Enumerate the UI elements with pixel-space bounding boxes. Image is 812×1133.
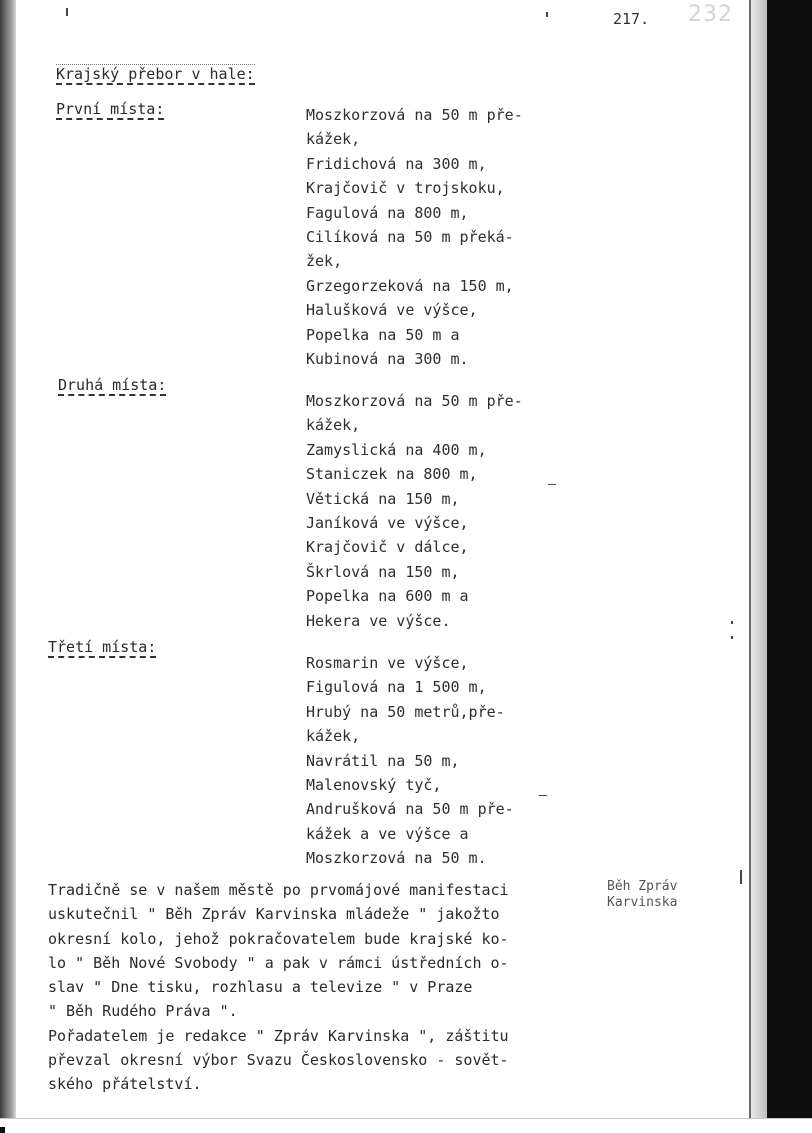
list-item: Fagulová na 800 m,: [306, 201, 523, 225]
scan-bottom-edge: [0, 1118, 812, 1133]
list-item: Rosmarin ve výšce,: [306, 651, 514, 675]
list-item: Popelka na 600 m a: [306, 584, 523, 608]
list-item: kážek a ve výšce a: [306, 822, 514, 846]
page-number: 217.: [613, 10, 649, 28]
third-places-list: Rosmarin ve výšce, Figulová na 1 500 m, …: [306, 651, 514, 871]
first-places-heading: První místa:: [56, 100, 164, 120]
scan-speck: [539, 795, 547, 796]
list-item: Staniczek na 800 m,: [306, 462, 523, 486]
list-item: Hekera ve výšce.: [306, 609, 523, 633]
list-item: Grzegorzeková na 150 m,: [306, 274, 523, 298]
paragraph-line: uskutečnil " Běh Zpráv Karvinska mládeže…: [48, 902, 588, 926]
scan-speck: [740, 870, 742, 884]
list-item: Moszkorzová na 50 m pře-: [306, 103, 523, 127]
paragraph-line: Tradičně se v našem městě po prvomájové …: [48, 878, 588, 902]
list-item: Cilíková na 50 m překá-: [306, 225, 523, 249]
scan-left-edge: [0, 0, 16, 1133]
list-item: Navrátil na 50 m,: [306, 749, 514, 773]
paragraph-line: okresní kolo, jehož pokračovatelem bude …: [48, 927, 588, 951]
list-item: Krajčovič v trojskoku,: [306, 176, 523, 200]
list-item: Andrušková na 50 m pře-: [306, 797, 514, 821]
margin-note: Běh Zpráv Karvinska: [607, 879, 677, 911]
list-item: Zamyslická na 400 m,: [306, 438, 523, 462]
paragraph-line: lo " Běh Nové Svobody " a pak v rámci ús…: [48, 951, 588, 975]
scan-speck: [548, 484, 556, 485]
list-item: Janíková ve výšce,: [306, 511, 523, 535]
list-item: Hrubý na 50 metrů,pře-: [306, 700, 514, 724]
list-item: Halušková ve výšce,: [306, 298, 523, 322]
scan-right-edge: [767, 0, 812, 1118]
list-item: Popelka na 50 m a: [306, 323, 523, 347]
list-item: Moszkorzová na 50 m pře-: [306, 389, 523, 413]
list-item: žek,: [306, 249, 523, 273]
scan-right-gap: [751, 0, 767, 1118]
paragraph-line: Pořadatelem je redakce " Zpráv Karvinska…: [48, 1024, 588, 1048]
third-places-heading: Třetí místa:: [48, 638, 156, 658]
archive-stamp-number: 232: [688, 2, 733, 27]
scan-speck: [66, 8, 68, 16]
list-item: Větická na 150 m,: [306, 487, 523, 511]
paragraph-line: ského přátelství.: [48, 1072, 588, 1096]
list-item: kážek,: [306, 724, 514, 748]
second-places-list: Moszkorzová na 50 m pře- kážek, Zamyslic…: [306, 389, 523, 633]
list-item: Škrlová na 150 m,: [306, 560, 523, 584]
paragraph-line: " Běh Rudého Práva ".: [48, 999, 588, 1023]
paragraph-line: převzal okresní výbor Svazu Českoslovens…: [48, 1048, 588, 1072]
list-item: Malenovský tyč,: [306, 773, 514, 797]
scan-speck: [546, 12, 548, 17]
margin-note-line: Karvinska: [607, 895, 677, 911]
list-item: kážek,: [306, 127, 523, 151]
list-item: Kubinová na 300 m.: [306, 347, 523, 371]
scan-speck: [731, 636, 733, 639]
list-item: kážek,: [306, 413, 523, 437]
list-item: Figulová na 1 500 m,: [306, 675, 514, 699]
list-item: Moszkorzová na 50 m.: [306, 846, 514, 870]
first-places-list: Moszkorzová na 50 m pře- kážek, Fridicho…: [306, 103, 523, 371]
scan-speck: [731, 621, 733, 624]
margin-note-line: Běh Zpráv: [607, 879, 677, 895]
list-item: Krajčovič v dálce,: [306, 535, 523, 559]
second-places-heading: Druhá místa:: [58, 376, 166, 396]
main-heading: Krajský přebor v hale:: [56, 64, 255, 85]
list-item: Fridichová na 300 m,: [306, 152, 523, 176]
body-paragraph: Tradičně se v našem městě po prvomájové …: [48, 878, 588, 1097]
paragraph-line: slav " Dne tisku, rozhlasu a televize " …: [48, 975, 588, 999]
